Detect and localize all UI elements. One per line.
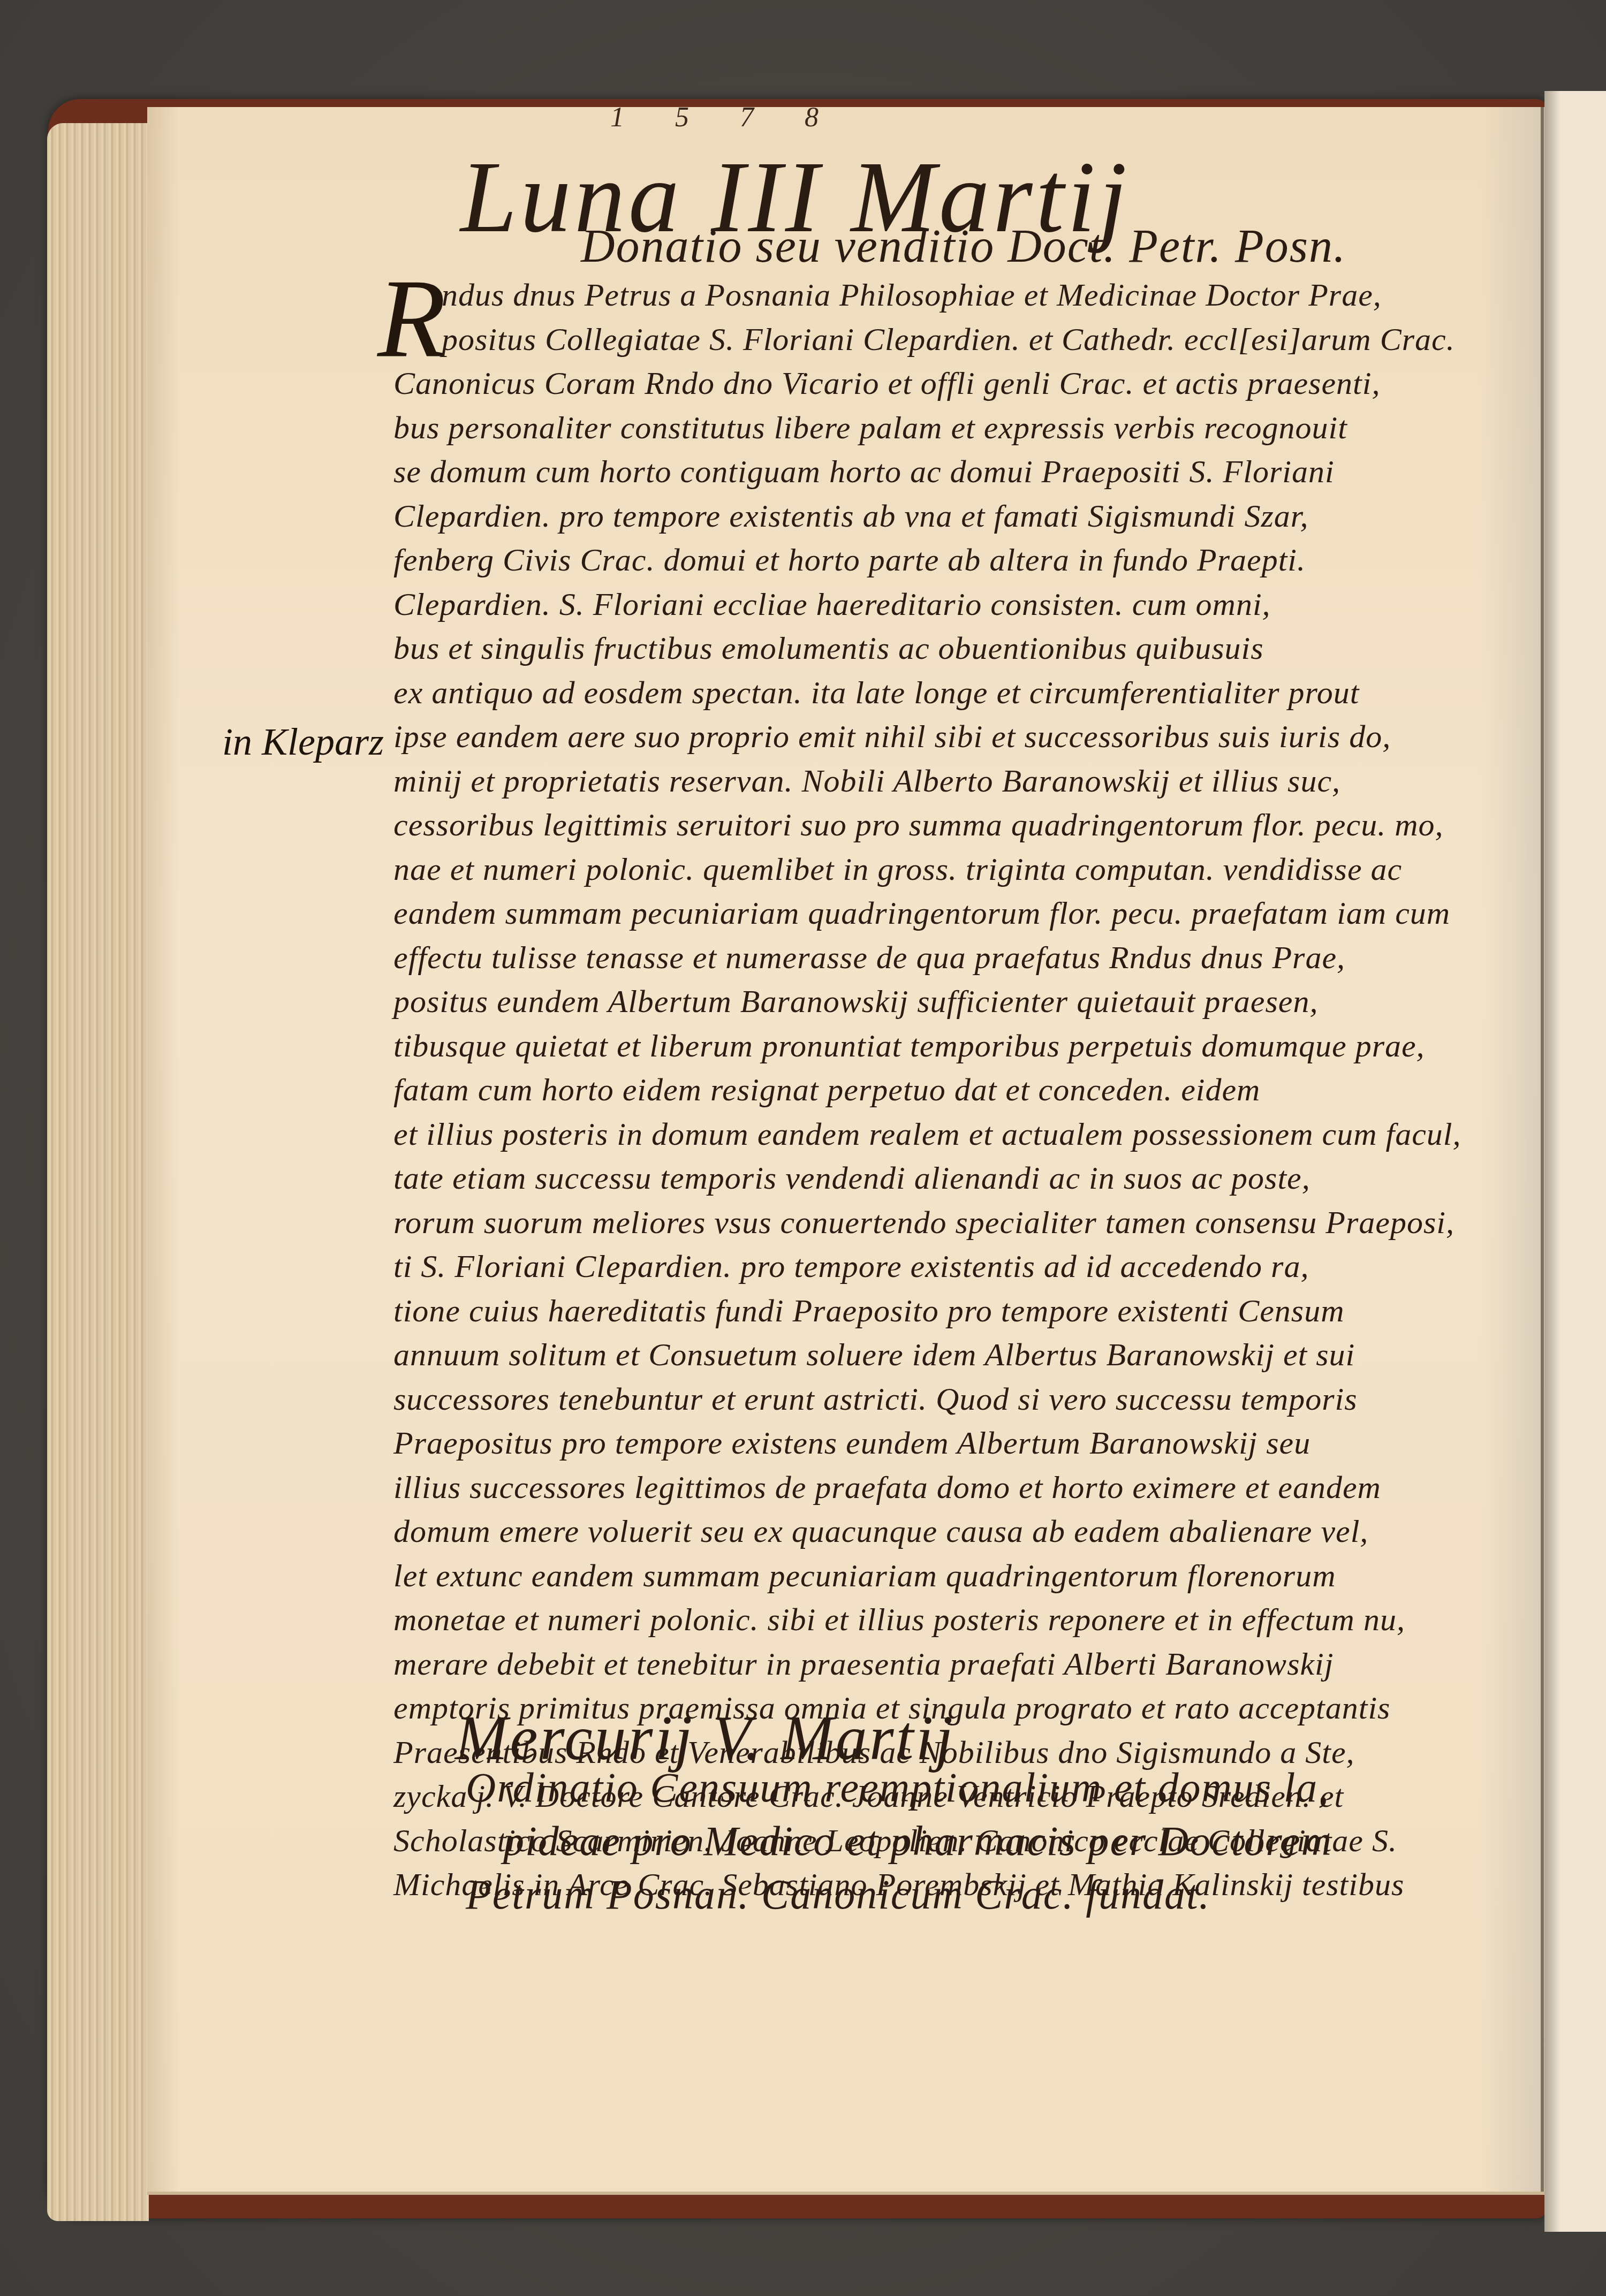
text-line: bus et singulis fructibus emolumentis ac…	[393, 626, 1491, 671]
text-line: domum emere voluerit seu ex quacunque ca…	[393, 1509, 1491, 1554]
text-line: fatam cum horto eidem resignat perpetuo …	[393, 1068, 1491, 1112]
text-line: et illius posteris in domum eandem reale…	[393, 1112, 1491, 1157]
text-line: se domum cum horto contiguam horto ac do…	[393, 450, 1491, 494]
text-line: Praepositus pro tempore existens eundem …	[393, 1421, 1491, 1465]
gutter	[1541, 107, 1544, 2192]
entry2-title-line: Petrum Posnan. Canonicum Crac. fundat.	[466, 1868, 1376, 1921]
text-line: bus personaliter constitutus libere pala…	[393, 406, 1491, 450]
text-line: successores tenebuntur et erunt astricti…	[393, 1377, 1491, 1421]
text-line: tione cuius haereditatis fundi Praeposit…	[393, 1289, 1491, 1333]
facing-page-edge: 681	[1544, 91, 1606, 2232]
entry2-title: Ordinatio Censuum reemptionalium et domu…	[466, 1761, 1376, 1921]
text-line: positus eundem Albertum Baranowskij suff…	[393, 979, 1491, 1024]
text-line: rorum suorum meliores vsus conuertendo s…	[393, 1200, 1491, 1245]
entry1-title: Donatio seu venditio Doct. Petr. Posn.	[581, 219, 1346, 273]
text-line: merare debebit et tenebitur in praesenti…	[393, 1642, 1491, 1686]
page-edge-stack	[47, 123, 149, 2221]
text-line: Canonicus Coram Rndo dno Vicario et offl…	[393, 361, 1491, 406]
entry2-title-line: Ordinatio Censuum reemptionalium et domu…	[466, 1761, 1376, 1814]
text-line: cessoribus legittimis seruitori suo pro …	[393, 803, 1491, 847]
text-line: ex antiquo ad eosdem spectan. ita late l…	[393, 671, 1491, 715]
text-line: illius successores legittimos de praefat…	[393, 1465, 1491, 1510]
text-line: Clepardien. pro tempore existentis ab vn…	[393, 494, 1491, 538]
margin-note: in Kleparz	[222, 720, 384, 764]
text-line: Clepardien. S. Floriani eccliae haeredit…	[393, 582, 1491, 627]
text-line: positus Collegiatae S. Floriani Clepardi…	[393, 317, 1491, 362]
text-line: fenberg Civis Crac. domui et horto parte…	[393, 538, 1491, 582]
text-line: ipse eandem aere suo proprio emit nihil …	[393, 714, 1491, 759]
text-line: let extunc eandem summam pecuniariam qua…	[393, 1554, 1491, 1598]
entry1-body: ndus dnus Petrus a Posnania Philosophiae…	[393, 273, 1491, 1907]
text-line: effectu tulisse tenasse et numerasse de …	[393, 936, 1491, 980]
text-line: ndus dnus Petrus a Posnania Philosophiae…	[393, 273, 1491, 317]
text-line: tate etiam successu temporis vendendi al…	[393, 1156, 1491, 1200]
text-line: nae et numeri polonic. quemlibet in gros…	[393, 847, 1491, 892]
text-line: minij et proprietatis reservan. Nobili A…	[393, 759, 1491, 803]
year-header: 1578	[610, 102, 869, 133]
text-line: eandem summam pecuniariam quadringentoru…	[393, 891, 1491, 936]
text-line: annuum solitum et Consuetum soluere idem…	[393, 1333, 1491, 1377]
text-line: tibusque quietat et liberum pronuntiat t…	[393, 1024, 1491, 1068]
text-line: monetae et numeri polonic. sibi et illiu…	[393, 1598, 1491, 1642]
text-line: ti S. Floriani Clepardien. pro tempore e…	[393, 1244, 1491, 1289]
entry2-title-line: pideae pro Medico et pharmacis per Docto…	[466, 1814, 1376, 1868]
